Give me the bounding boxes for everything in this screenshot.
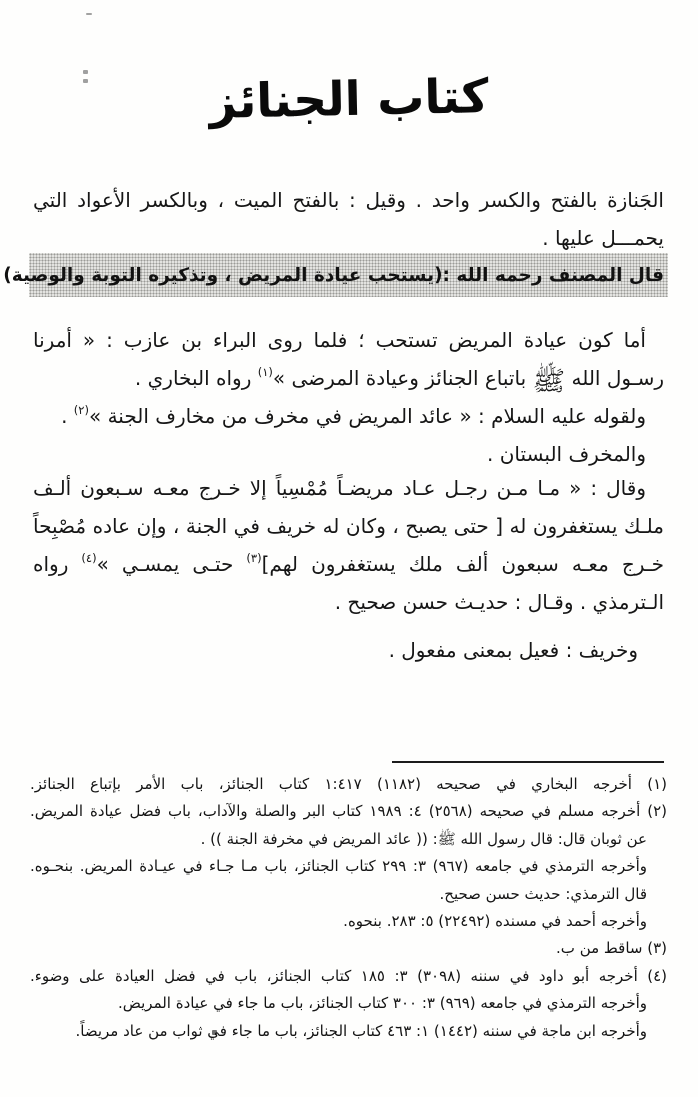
gloss-text: وخريف : فعيل بمعنى مفعول .: [389, 638, 638, 662]
gloss-text: والمخرف البستان .: [487, 442, 646, 466]
footnote-line: وأخرجه الترمذي في جامعه (٩٦٧) ٣: ٢٩٩ كتا…: [30, 853, 667, 880]
footnote-divider: [392, 761, 664, 763]
scan-artifact: [86, 13, 92, 15]
footnote-line: (٤) أخرجه أبو داود في سننه (٣٠٩٨) ٣: ١٨٥…: [30, 963, 667, 990]
hadith-text: ولقوله عليه السلام : « عائد المريض في مخ…: [89, 404, 646, 428]
paragraph-kharif-gloss: وخريف : فعيل بمعنى مفعول .: [33, 631, 664, 669]
scan-artifact: [83, 70, 88, 74]
footnote-ref-2: (٢): [74, 403, 89, 417]
footnote-line: (٣) ساقط من ب.: [30, 935, 667, 962]
hadith-source: رواه البخاري .: [135, 366, 258, 390]
paragraph-mukhrif-gloss: والمخرف البستان .: [33, 435, 664, 473]
intro-text: الجَنازة بالفتح والكسر واحد . وقيل : بال…: [33, 188, 664, 250]
footnote-line: (٢) أخرجه مسلم في صحيحه (٢٥٦٨) ٤: ١٩٨٩ ك…: [30, 798, 667, 825]
footnote-line: عن ثوبان قال: قال رسول الله ﷺ: (( عائد ا…: [30, 826, 667, 853]
paragraph-waqal-hadith: وقال : « مـا مـن رجـل عـاد مريضـاً مُمْس…: [33, 469, 664, 621]
hadith-text: باتباع الجنائز وعيادة المرضى »: [273, 366, 533, 390]
scanned-book-page: كتاب الجنائز الجَنازة بالفتح والكسر واحد…: [0, 0, 698, 1097]
footnote-line: وأخرجه الترمذي في جامعه (٩٦٩) ٣: ٣٠٠ كتا…: [30, 990, 667, 1017]
footnote-line: وأخرجه أحمد في مسنده (٢٢٤٩٢) ٥: ٢٨٣. بنح…: [30, 908, 667, 935]
highlighted-matn-bar: قال المصنف رحمه الله : (يستحب عيادة المر…: [29, 253, 668, 297]
intro-paragraph: الجَنازة بالفتح والكسر واحد . وقيل : بال…: [33, 181, 664, 257]
chapter-title: كتاب الجنائز: [0, 65, 698, 135]
footnote-ref-1: (١): [258, 365, 273, 379]
footnote-line: وأخرجه ابن ماجة في سننه (١٤٤٢) ١: ٤٦٣ كت…: [30, 1018, 667, 1045]
footnote-line: (١) أخرجه البخاري في صحيحه (١١٨٢) ١:٤١٧ …: [30, 771, 667, 798]
paragraph-liqawlihi: ولقوله عليه السلام : « عائد المريض في مخ…: [33, 397, 664, 435]
paragraph-baraa-hadith: أما كون عيادة المريض تستحب ؛ فلما روى ال…: [33, 321, 664, 397]
hadith-text: .: [61, 404, 74, 428]
hadith-text: حتـى يمسـي »: [97, 552, 247, 576]
footnotes-section: (١) أخرجه البخاري في صحيحه (١١٨٢) ١:٤١٧ …: [30, 771, 667, 1045]
matn-statement: (يستحب عيادة المريض ، وتذكيره التوبة وال…: [0, 265, 443, 286]
footnote-ref-3: (٣): [246, 551, 261, 565]
footnote-line: قال الترمذي: حديث حسن صحيح.: [30, 881, 667, 908]
prophet-salutation-seal: ﷺ: [533, 366, 566, 397]
footnote-ref-4: (٤): [81, 551, 96, 565]
matn-attribution: قال المصنف رحمه الله :: [443, 265, 664, 286]
